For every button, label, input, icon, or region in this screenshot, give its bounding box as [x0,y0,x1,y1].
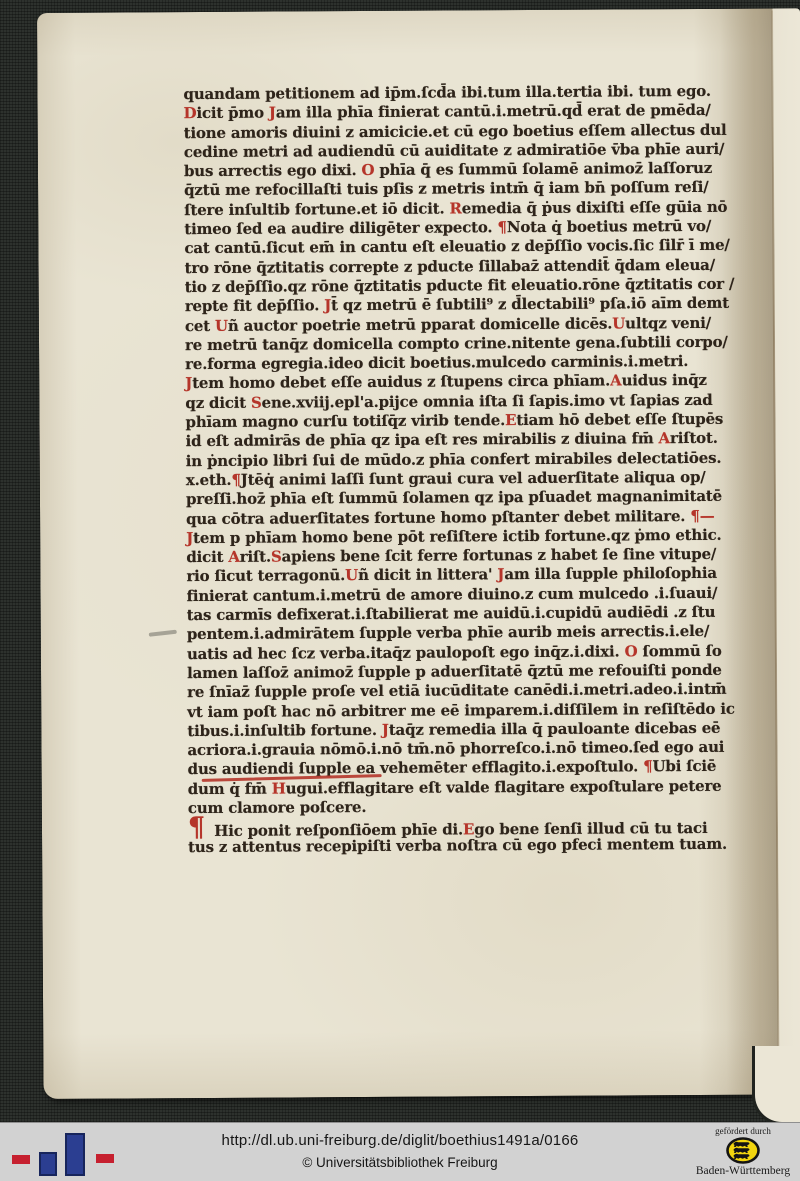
funding-block: gefördert durch Baden-Württemberg [688,1126,798,1177]
funding-label: gefördert durch [688,1126,798,1136]
scan-photo-area: quandam petitionem ad ip̄m.ſcd̄a ibi.tum… [0,0,800,1122]
funding-region-label: Baden-Württemberg [688,1165,798,1177]
margin-pencil-mark [149,630,177,637]
text-line: tus z attentus recepipiſti verba noſtra … [188,834,720,857]
copyright-text: © Universitätsbibliothek Freiburg [150,1155,650,1170]
diglit-library-logo [12,1133,116,1178]
document-url: http://dl.ub.uni-freiburg.de/diglit/boet… [150,1132,650,1149]
footer-bar: http://dl.ub.uni-freiburg.de/diglit/boet… [0,1122,800,1181]
text-block: quandam petitionem ad ip̄m.ſcd̄a ibi.tum… [183,82,720,857]
next-page-corner [752,1046,800,1122]
baden-wuerttemberg-coat-of-arms-icon [726,1137,760,1164]
book-gutter-shadow [720,9,779,1095]
logo-blue-bar-tall [65,1133,85,1176]
scan-viewer-page: quandam petitionem ad ip̄m.ſcd̄a ibi.tum… [0,0,800,1181]
logo-red-dash-left [12,1155,30,1164]
footer-center-text: http://dl.ub.uni-freiburg.de/diglit/boet… [150,1132,650,1170]
manuscript-page: quandam petitionem ad ip̄m.ſcd̄a ibi.tum… [37,8,800,1099]
logo-red-dash-right [96,1154,114,1163]
logo-blue-bar-short [39,1152,57,1176]
